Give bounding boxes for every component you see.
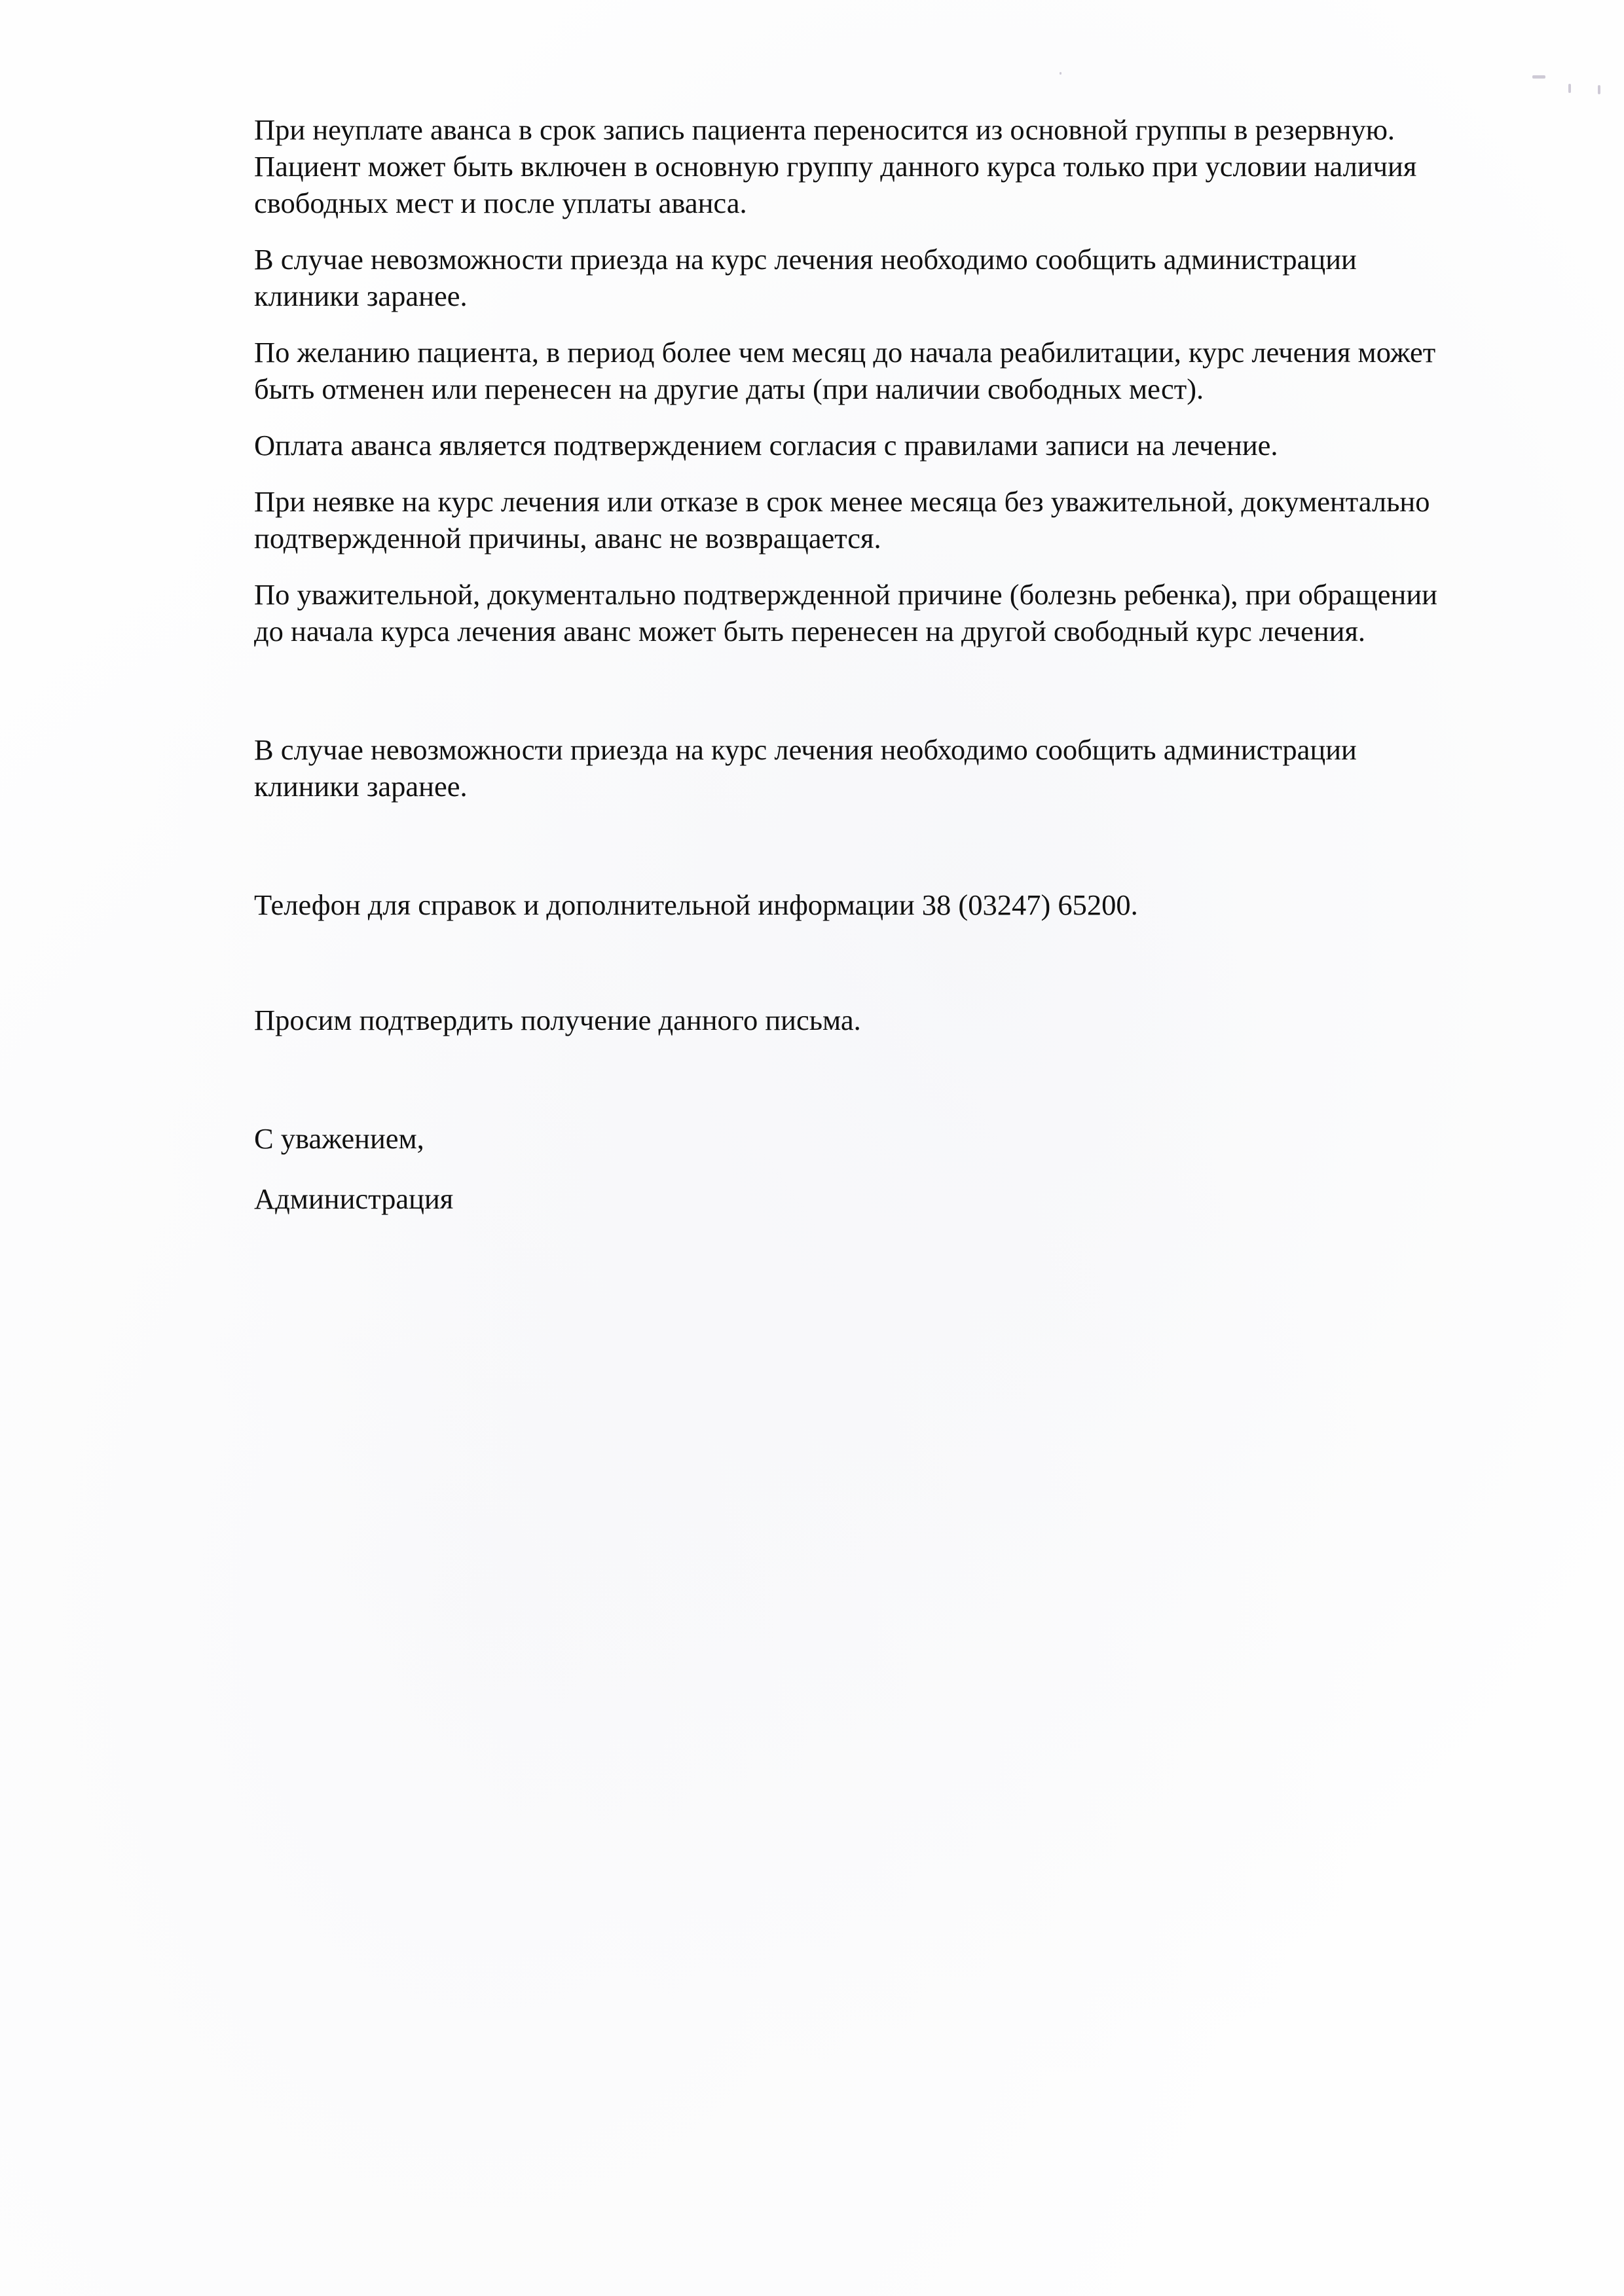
spacer bbox=[254, 923, 1603, 1002]
text-line: подтвержденной причины, аванс не возвращ… bbox=[254, 520, 1603, 556]
scan-speck bbox=[1568, 84, 1571, 93]
closing-salutation: С уважением, bbox=[254, 1120, 1603, 1157]
letter-body: При неуплате аванса в срок запись пациен… bbox=[254, 111, 1603, 1217]
spacer bbox=[254, 407, 1603, 427]
signature: Администрация bbox=[254, 1180, 1603, 1217]
signature-text: Администрация bbox=[254, 1180, 1603, 1217]
text-line: По желанию пациента, в период более чем … bbox=[254, 334, 1603, 371]
text-line: клиники заранее. bbox=[254, 768, 1603, 805]
scanned-page: При неуплате аванса в срок запись пациен… bbox=[0, 0, 1624, 2296]
text-line: В случае невозможности приезда на курс л… bbox=[254, 241, 1603, 278]
spacer bbox=[254, 314, 1603, 334]
text-line: При неявке на курс лечения или отказе в … bbox=[254, 483, 1603, 520]
spacer bbox=[254, 649, 1603, 731]
scan-speck bbox=[1598, 85, 1600, 94]
confirmation-request-text: Просим подтвердить получение данного пис… bbox=[254, 1002, 1603, 1038]
paragraph-cancellation: По желанию пациента, в период более чем … bbox=[254, 334, 1603, 407]
paragraph-notify-clinic-repeat: В случае невозможности приезда на курс л… bbox=[254, 731, 1603, 805]
text-line: быть отменен или перенесен на другие дат… bbox=[254, 371, 1603, 407]
scan-speck bbox=[1532, 75, 1545, 79]
spacer bbox=[254, 1157, 1603, 1180]
spacer bbox=[254, 221, 1603, 241]
spacer bbox=[254, 556, 1603, 576]
salutation-text: С уважением, bbox=[254, 1120, 1603, 1157]
spacer bbox=[254, 805, 1603, 886]
spacer bbox=[254, 1038, 1603, 1120]
text-line: свободных мест и после уплаты аванса. bbox=[254, 185, 1603, 221]
paragraph-no-show: При неявке на курс лечения или отказе в … bbox=[254, 483, 1603, 556]
paragraph-advance-consent: Оплата аванса является подтверждением со… bbox=[254, 427, 1603, 464]
paragraph-notify-clinic: В случае невозможности приезда на курс л… bbox=[254, 241, 1603, 314]
text-line: При неуплате аванса в срок запись пациен… bbox=[254, 111, 1603, 148]
text-line: Пациент может быть включен в основную гр… bbox=[254, 148, 1603, 185]
text-line: Оплата аванса является подтверждением со… bbox=[254, 427, 1603, 464]
text-line: клиники заранее. bbox=[254, 278, 1603, 314]
paragraph-valid-reason: По уважительной, документально подтвержд… bbox=[254, 576, 1603, 649]
scan-speck bbox=[1060, 72, 1061, 75]
text-line: По уважительной, документально подтвержд… bbox=[254, 576, 1603, 613]
paragraph-advance-nonpayment: При неуплате аванса в срок запись пациен… bbox=[254, 111, 1603, 221]
spacer bbox=[254, 464, 1603, 483]
text-line: В случае невозможности приезда на курс л… bbox=[254, 731, 1603, 768]
contact-phone-paragraph: Телефон для справок и дополнительной инф… bbox=[254, 886, 1603, 923]
contact-phone-text: Телефон для справок и дополнительной инф… bbox=[254, 886, 1603, 923]
text-line: до начала курса лечения аванс может быть… bbox=[254, 613, 1603, 649]
confirmation-request: Просим подтвердить получение данного пис… bbox=[254, 1002, 1603, 1038]
